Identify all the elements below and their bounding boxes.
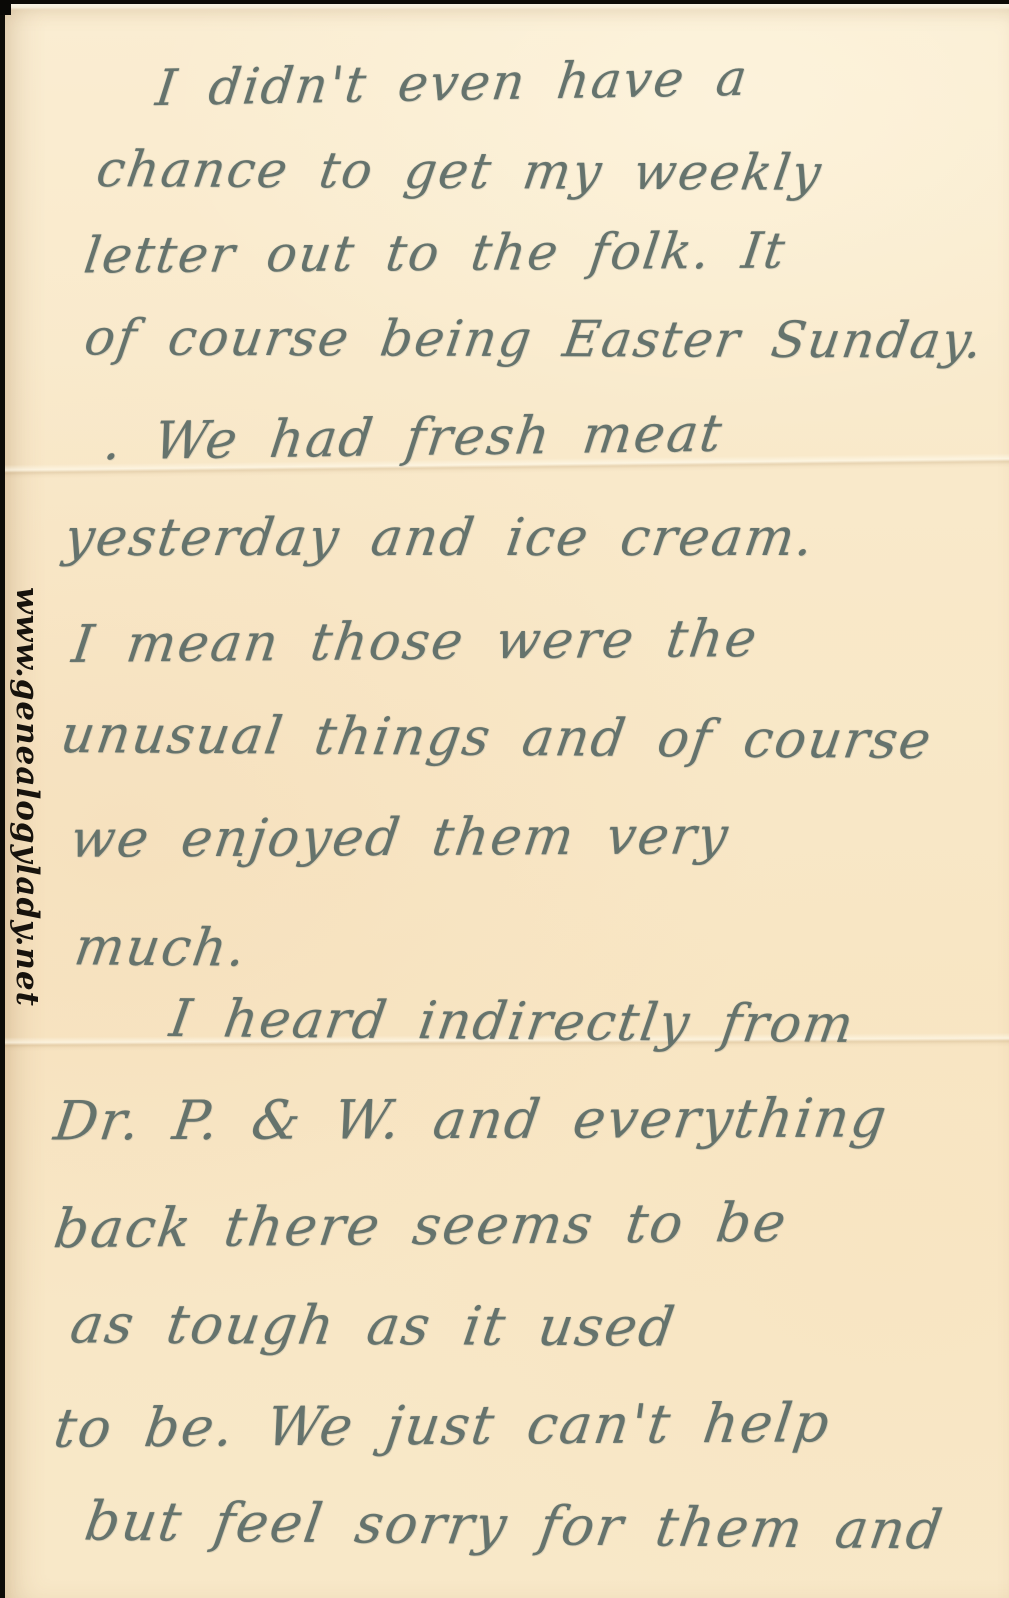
paper-top-edge <box>5 4 1009 10</box>
letter-line: Dr. P. & W. and everything <box>50 1087 891 1153</box>
letter-line: letter out to the folk. It <box>81 222 790 285</box>
scanned-letter-page: www.genealogylady.net I didn't even have… <box>0 0 1009 1598</box>
letter-line: unusual things and of course <box>57 705 936 771</box>
letter-line: I heard indirectly from <box>166 989 859 1055</box>
scan-corner-top-left <box>0 0 11 15</box>
letter-line: I mean those were the <box>69 609 762 675</box>
scan-edge-left <box>0 0 5 1598</box>
letter-line: back there seems to be <box>50 1191 791 1260</box>
letter-line: . We had fresh meat <box>101 404 727 473</box>
letter-line: much. <box>71 917 252 978</box>
letter-line: but feel sorry for them and <box>81 1490 948 1562</box>
letter-line: of course being Easter Sunday. <box>81 308 988 369</box>
scan-edge-top <box>0 0 1009 4</box>
letter-line: chance to get my weekly <box>93 140 826 202</box>
letter-line: I didn't even have a <box>153 49 752 117</box>
letter-paper: www.genealogylady.net I didn't even have… <box>5 4 1009 1598</box>
letter-line: to be. We just can't help <box>50 1391 834 1459</box>
watermark-text: www.genealogylady.net <box>9 587 45 987</box>
letter-line: we enjoyed them very <box>67 806 733 869</box>
letter-line: as tough as it used <box>67 1292 681 1358</box>
letter-line: yesterday and ice cream. <box>61 508 819 568</box>
